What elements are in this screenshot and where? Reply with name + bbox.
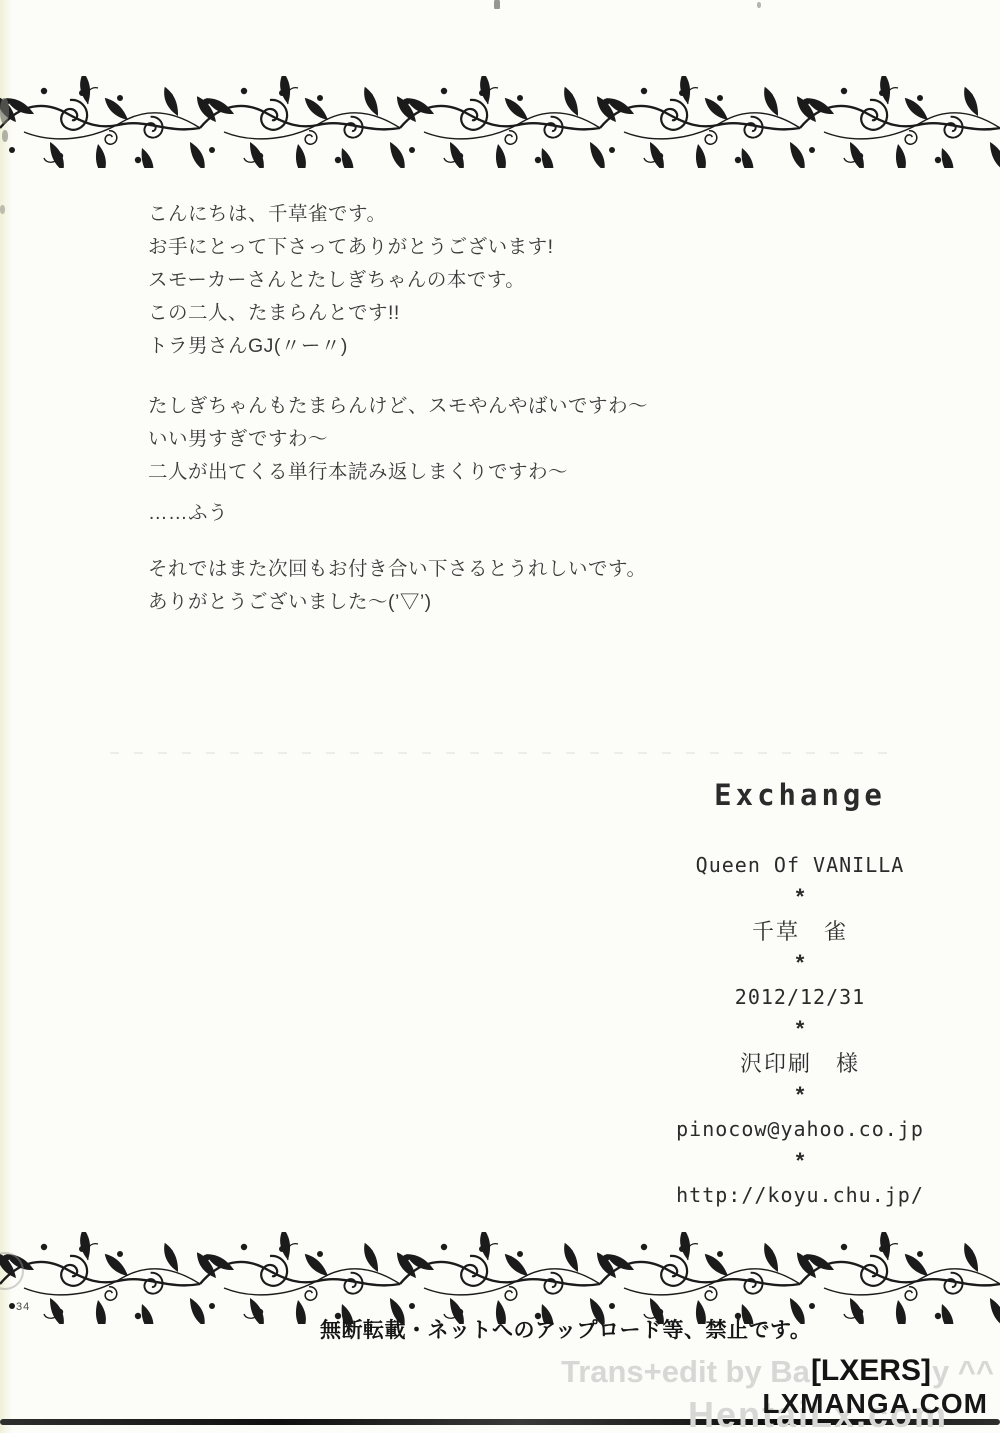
contact-email: pinocow@yahoo.co.jp — [645, 1113, 955, 1146]
asterisk-separator-icon: * — [645, 1146, 955, 1179]
page-number: 34 — [16, 1301, 30, 1313]
copyright-notice: 無断転載・ネットへのアップロード等、禁止です。 — [320, 1314, 811, 1344]
afterword-paragraph-2: たしぎちゃんもたまらんけど、スモやんやばいですわ～ いい男すぎですわ～ 二人が出… — [148, 390, 648, 489]
afterword-sigh: ……ふう — [148, 497, 228, 530]
afterword-line: たしぎちゃんもたまらんけど、スモやんやばいですわ～ — [148, 390, 648, 423]
scan-artifact-dotted-line — [110, 752, 890, 754]
site-watermark-black: LXMANGA.COM — [762, 1388, 988, 1420]
afterword-line: この二人、たまらんとです!! — [148, 297, 554, 330]
afterword-line: それではまた次回もお付き合い下さるとうれしいです。 — [148, 553, 646, 586]
scan-speck — [494, 0, 500, 9]
afterword-line: スモーカーさんとたしぎちゃんの本です。 — [148, 264, 554, 297]
floral-vine-border-top-icon — [0, 76, 1000, 168]
scan-speck — [0, 98, 9, 124]
scan-speck — [757, 2, 761, 8]
printer-name: 沢印刷 様 — [645, 1047, 955, 1080]
asterisk-separator-icon: * — [645, 1014, 955, 1047]
colophon: Queen Of VANILLA * 千草 雀 * 2012/12/31 * 沢… — [645, 849, 955, 1212]
publication-date: 2012/12/31 — [645, 981, 955, 1014]
afterword-line: お手にとって下さってありがとうございます! — [148, 231, 554, 264]
book-title: Exchange — [655, 778, 945, 812]
asterisk-separator-icon: * — [645, 948, 955, 981]
scanned-doujinshi-page: こんにちは、千草雀です。 お手にとって下さってありがとうございます! スモーカー… — [0, 0, 1000, 1433]
afterword-paragraph-3: それではまた次回もお付き合い下さるとうれしいです。 ありがとうございました～(’… — [148, 553, 646, 619]
scan-speck — [2, 130, 8, 142]
website-url: http://koyu.chu.jp/ — [645, 1179, 955, 1212]
credit-text-suffix: y ^^ — [932, 1354, 994, 1390]
translator-credit-watermark: Trans+edit by Ba [LXERS] y ^^ — [561, 1354, 994, 1390]
scan-speck — [0, 205, 5, 214]
author-name: 千草 雀 — [645, 915, 955, 948]
floral-vine-border-bottom-icon — [0, 1232, 1000, 1324]
credit-text-prefix: Trans+edit by Ba — [561, 1354, 810, 1390]
afterword-line: ……ふう — [148, 497, 228, 530]
afterword-line: 二人が出てくる単行本読み返しまくりですわ～ — [148, 456, 648, 489]
asterisk-separator-icon: * — [645, 882, 955, 915]
afterword-line: トラ男さんGJ(〃ー〃) — [148, 330, 554, 363]
scan-edge-tint — [0, 0, 12, 1433]
afterword-line: こんにちは、千草雀です。 — [148, 198, 554, 231]
circle-name: Queen Of VANILLA — [645, 849, 955, 882]
afterword-line: いい男すぎですわ～ — [148, 423, 648, 456]
afterword-paragraph-1: こんにちは、千草雀です。 お手にとって下さってありがとうございます! スモーカー… — [148, 198, 554, 363]
group-tag-watermark: [LXERS] — [811, 1354, 931, 1388]
asterisk-separator-icon: * — [645, 1080, 955, 1113]
afterword-line: ありがとうございました～(’▽’) — [148, 586, 646, 619]
